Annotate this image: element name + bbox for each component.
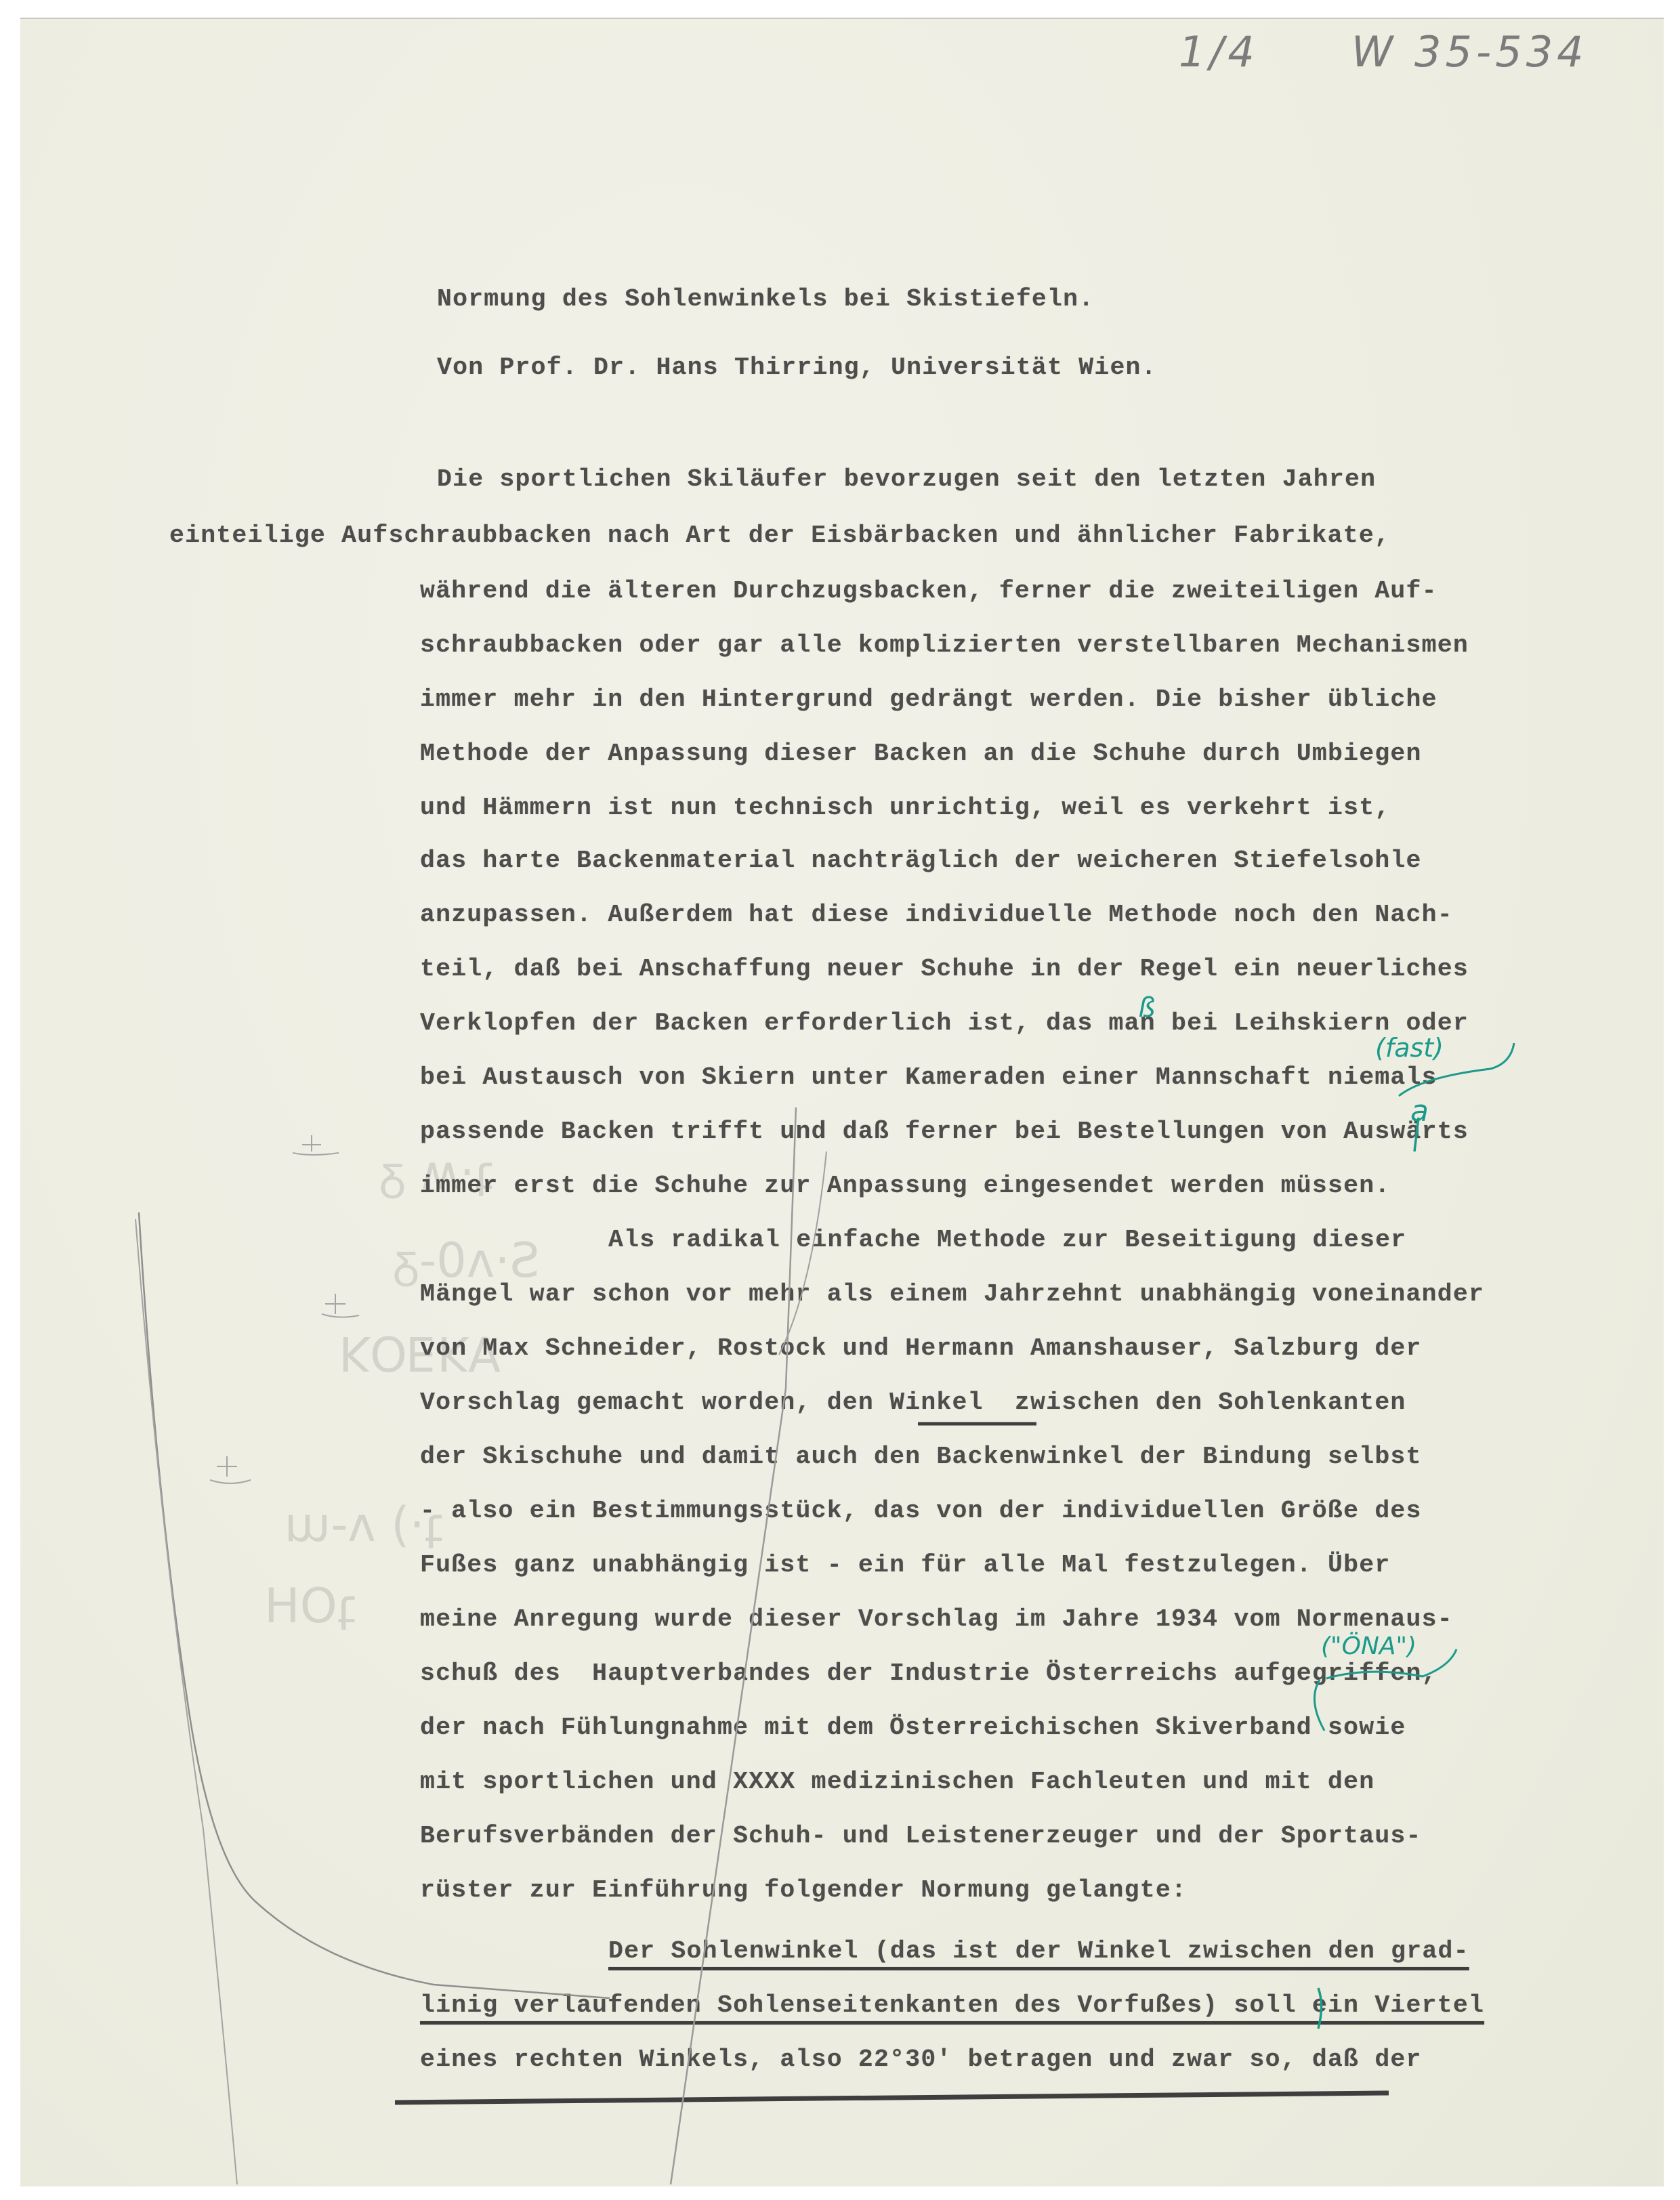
body-line: Die sportlichen Skiläufer bevorzugen sei… <box>437 467 1376 492</box>
body-line: und Hämmern ist nun technisch unrichtig,… <box>420 796 1390 821</box>
body-line: Fußes ganz unabhängig ist - ein für alle… <box>420 1553 1390 1578</box>
body-line: von Max Schneider, Rostock und Hermann A… <box>420 1336 1422 1361</box>
body-line-underlined: eines rechten Winkels, also 22°30' betra… <box>420 2048 1422 2073</box>
page-number-mark: 1/4 <box>1179 27 1259 77</box>
ink-correction-a: a <box>1410 1094 1429 1128</box>
body-line: immer erst die Schuhe zur Anpassung eing… <box>420 1174 1390 1199</box>
document-byline: Von Prof. Dr. Hans Thirring, Universität… <box>437 356 1157 381</box>
body-line: während die älteren Durchzugsbacken, fer… <box>420 579 1437 604</box>
document-title: Normung des Sohlenwinkels bei Skistiefel… <box>437 287 1094 312</box>
body-line: passende Backen trifft und daß ferner be… <box>420 1120 1469 1145</box>
body-line: schuß des Hauptverbandes der Industrie Ö… <box>420 1662 1437 1687</box>
body-line: anzupassen. Außerdem hat diese individue… <box>420 903 1453 928</box>
body-line-underlined: linig verlaufenden Sohlenseitenkanten de… <box>420 1993 1484 2018</box>
body-line: Als radikal einfache Methode zur Beseiti… <box>608 1228 1406 1253</box>
body-line: einteilige Aufschraubbacken nach Art der… <box>169 524 1390 549</box>
ink-correction-sz: ß <box>1138 992 1155 1023</box>
body-line: meine Anregung wurde dieser Vorschlag im… <box>420 1607 1453 1632</box>
body-line: - also ein Bestimmungsstück, das von der… <box>420 1499 1422 1524</box>
body-line: immer mehr in den Hintergrund gedrängt w… <box>420 687 1437 713</box>
ink-insert-fast: (fast) <box>1375 1033 1444 1063</box>
body-line: mit sportlichen und XXXX medizinischen F… <box>420 1770 1374 1795</box>
bleed-through-mark: ʇOH <box>264 1578 356 1634</box>
body-line: schraubbacken oder gar alle komplizierte… <box>420 633 1469 658</box>
body-line: teil, daß bei Anschaffung neuer Schuhe i… <box>420 957 1469 982</box>
body-line: rüster zur Einführung folgender Normung … <box>420 1878 1187 1903</box>
body-line: der Skischuhe und damit auch den Backenw… <box>420 1445 1422 1470</box>
body-line: bei Austausch von Skiern unter Kameraden… <box>420 1065 1437 1091</box>
body-line: der nach Fühlungnahme mit dem Österreich… <box>420 1716 1406 1741</box>
body-line: Vorschlag gemacht worden, den Winkel zwi… <box>420 1391 1406 1416</box>
body-line: Mängel war schon vor mehr als einem Jahr… <box>420 1282 1484 1307</box>
archive-reference-mark: W 35-534 <box>1351 27 1588 77</box>
body-line: Methode der Anpassung dieser Backen an d… <box>420 742 1422 767</box>
body-line: das harte Backenmaterial nachträglich de… <box>420 849 1422 874</box>
body-line: Verklopfen der Backen erforderlich ist, … <box>420 1011 1469 1036</box>
body-line-underlined: Der Sohlenwinkel (das ist der Winkel zwi… <box>608 1939 1469 1964</box>
ink-insert-ona: ("ÖNA") <box>1321 1632 1416 1660</box>
body-line: Berufsverbänden der Schuh- und Leistener… <box>420 1824 1422 1849</box>
